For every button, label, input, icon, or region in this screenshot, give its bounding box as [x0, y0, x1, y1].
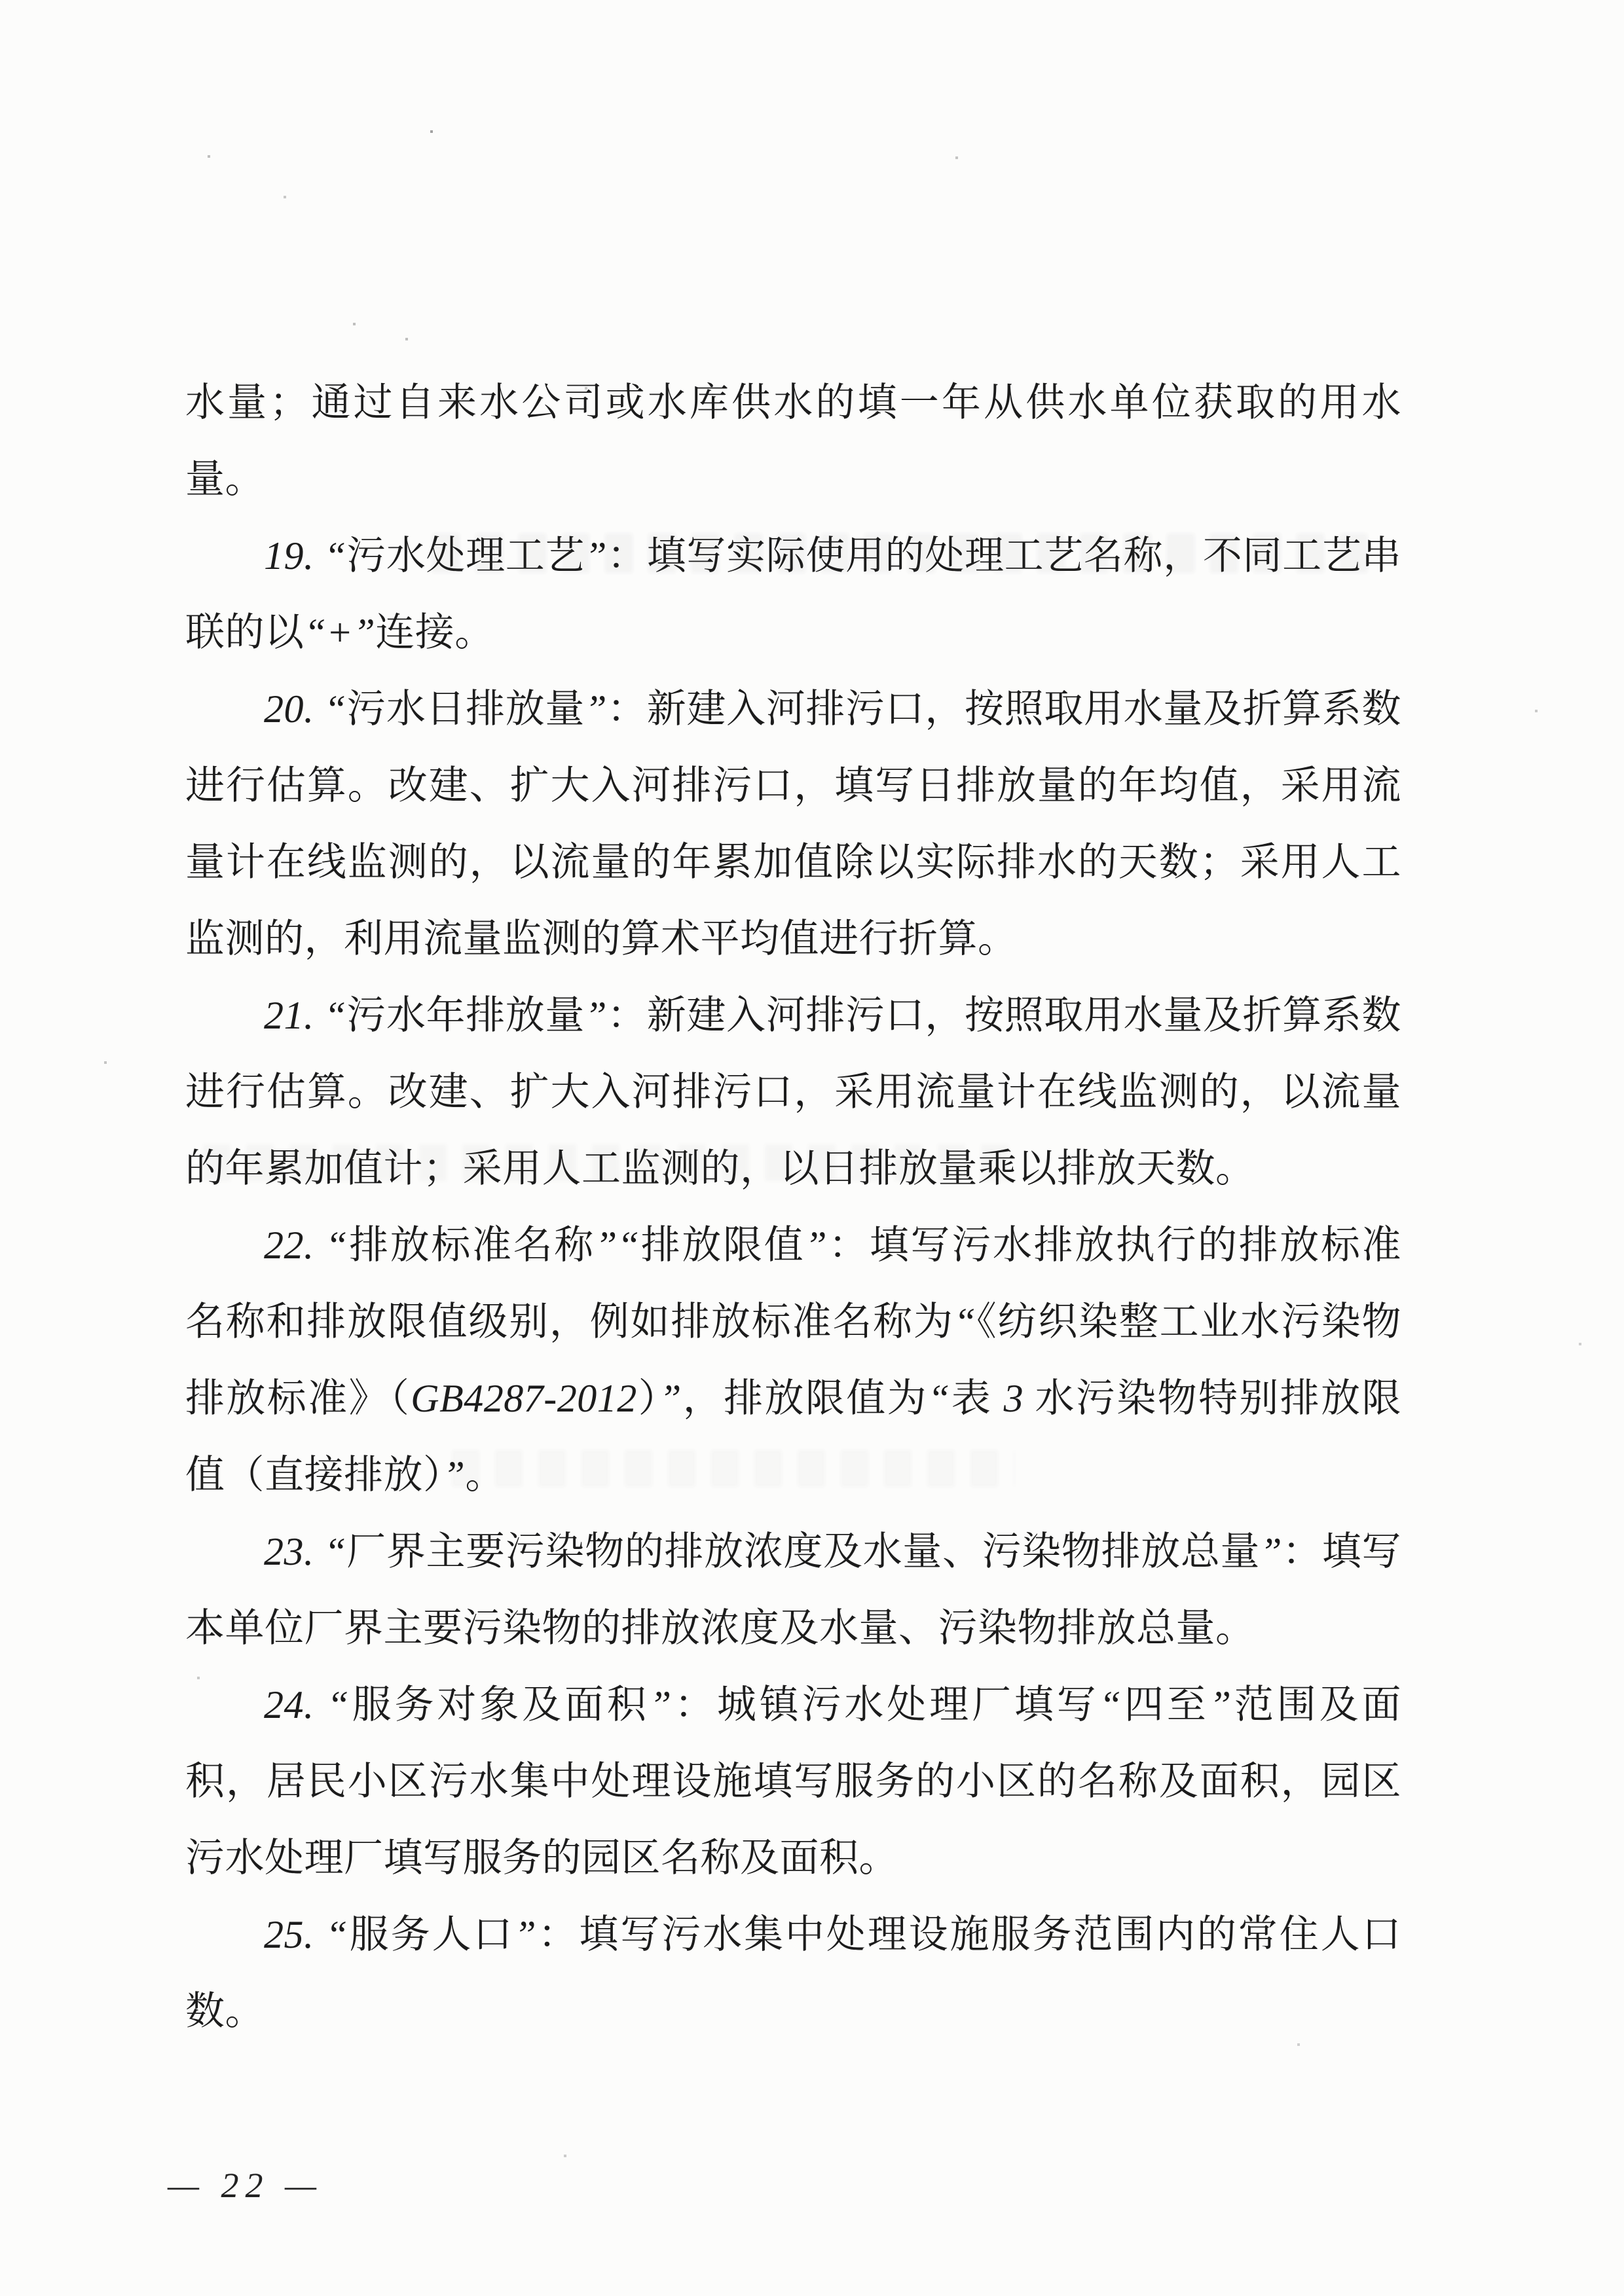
paragraph-item-24: 24. “服务对象及面积”：城镇污水处理厂填写“四至”范围及面积，居民小区污水集…	[185, 1667, 1401, 1897]
paragraph-item-25: 25. “服务人口”：填写污水集中处理设施服务范围内的常住人口数。	[185, 1897, 1401, 2050]
scan-speckles	[0, 0, 1, 1]
paragraph-item-21: 21. “污水年排放量”：新建入河排污口，按照取用水量及折算系数进行估算。改建、…	[185, 977, 1401, 1207]
paragraph-continuation: 水量；通过自来水公司或水库供水的填一年从供水单位获取的用水量。	[185, 365, 1401, 518]
document-body: 水量；通过自来水公司或水库供水的填一年从供水单位获取的用水量。 19. “污水处…	[185, 365, 1401, 2050]
paragraph-item-20: 20. “污水日排放量”：新建入河排污口，按照取用水量及折算系数进行估算。改建、…	[185, 671, 1401, 977]
paragraph-item-23: 23. “厂界主要污染物的排放浓度及水量、污染物排放总量”：填写本单位厂界主要污…	[185, 1514, 1401, 1667]
page-number: — 22 —	[168, 2166, 323, 2205]
paragraph-item-19: 19. “污水处理工艺”：填写实际使用的处理工艺名称，不同工艺串联的以“+”连接…	[185, 518, 1401, 671]
scanned-document-page: 水量；通过自来水公司或水库供水的填一年从供水单位获取的用水量。 19. “污水处…	[0, 0, 1624, 2296]
paragraph-item-22: 22. “排放标准名称”“排放限值”：填写污水排放执行的排放标准名称和排放限值级…	[185, 1207, 1401, 1514]
